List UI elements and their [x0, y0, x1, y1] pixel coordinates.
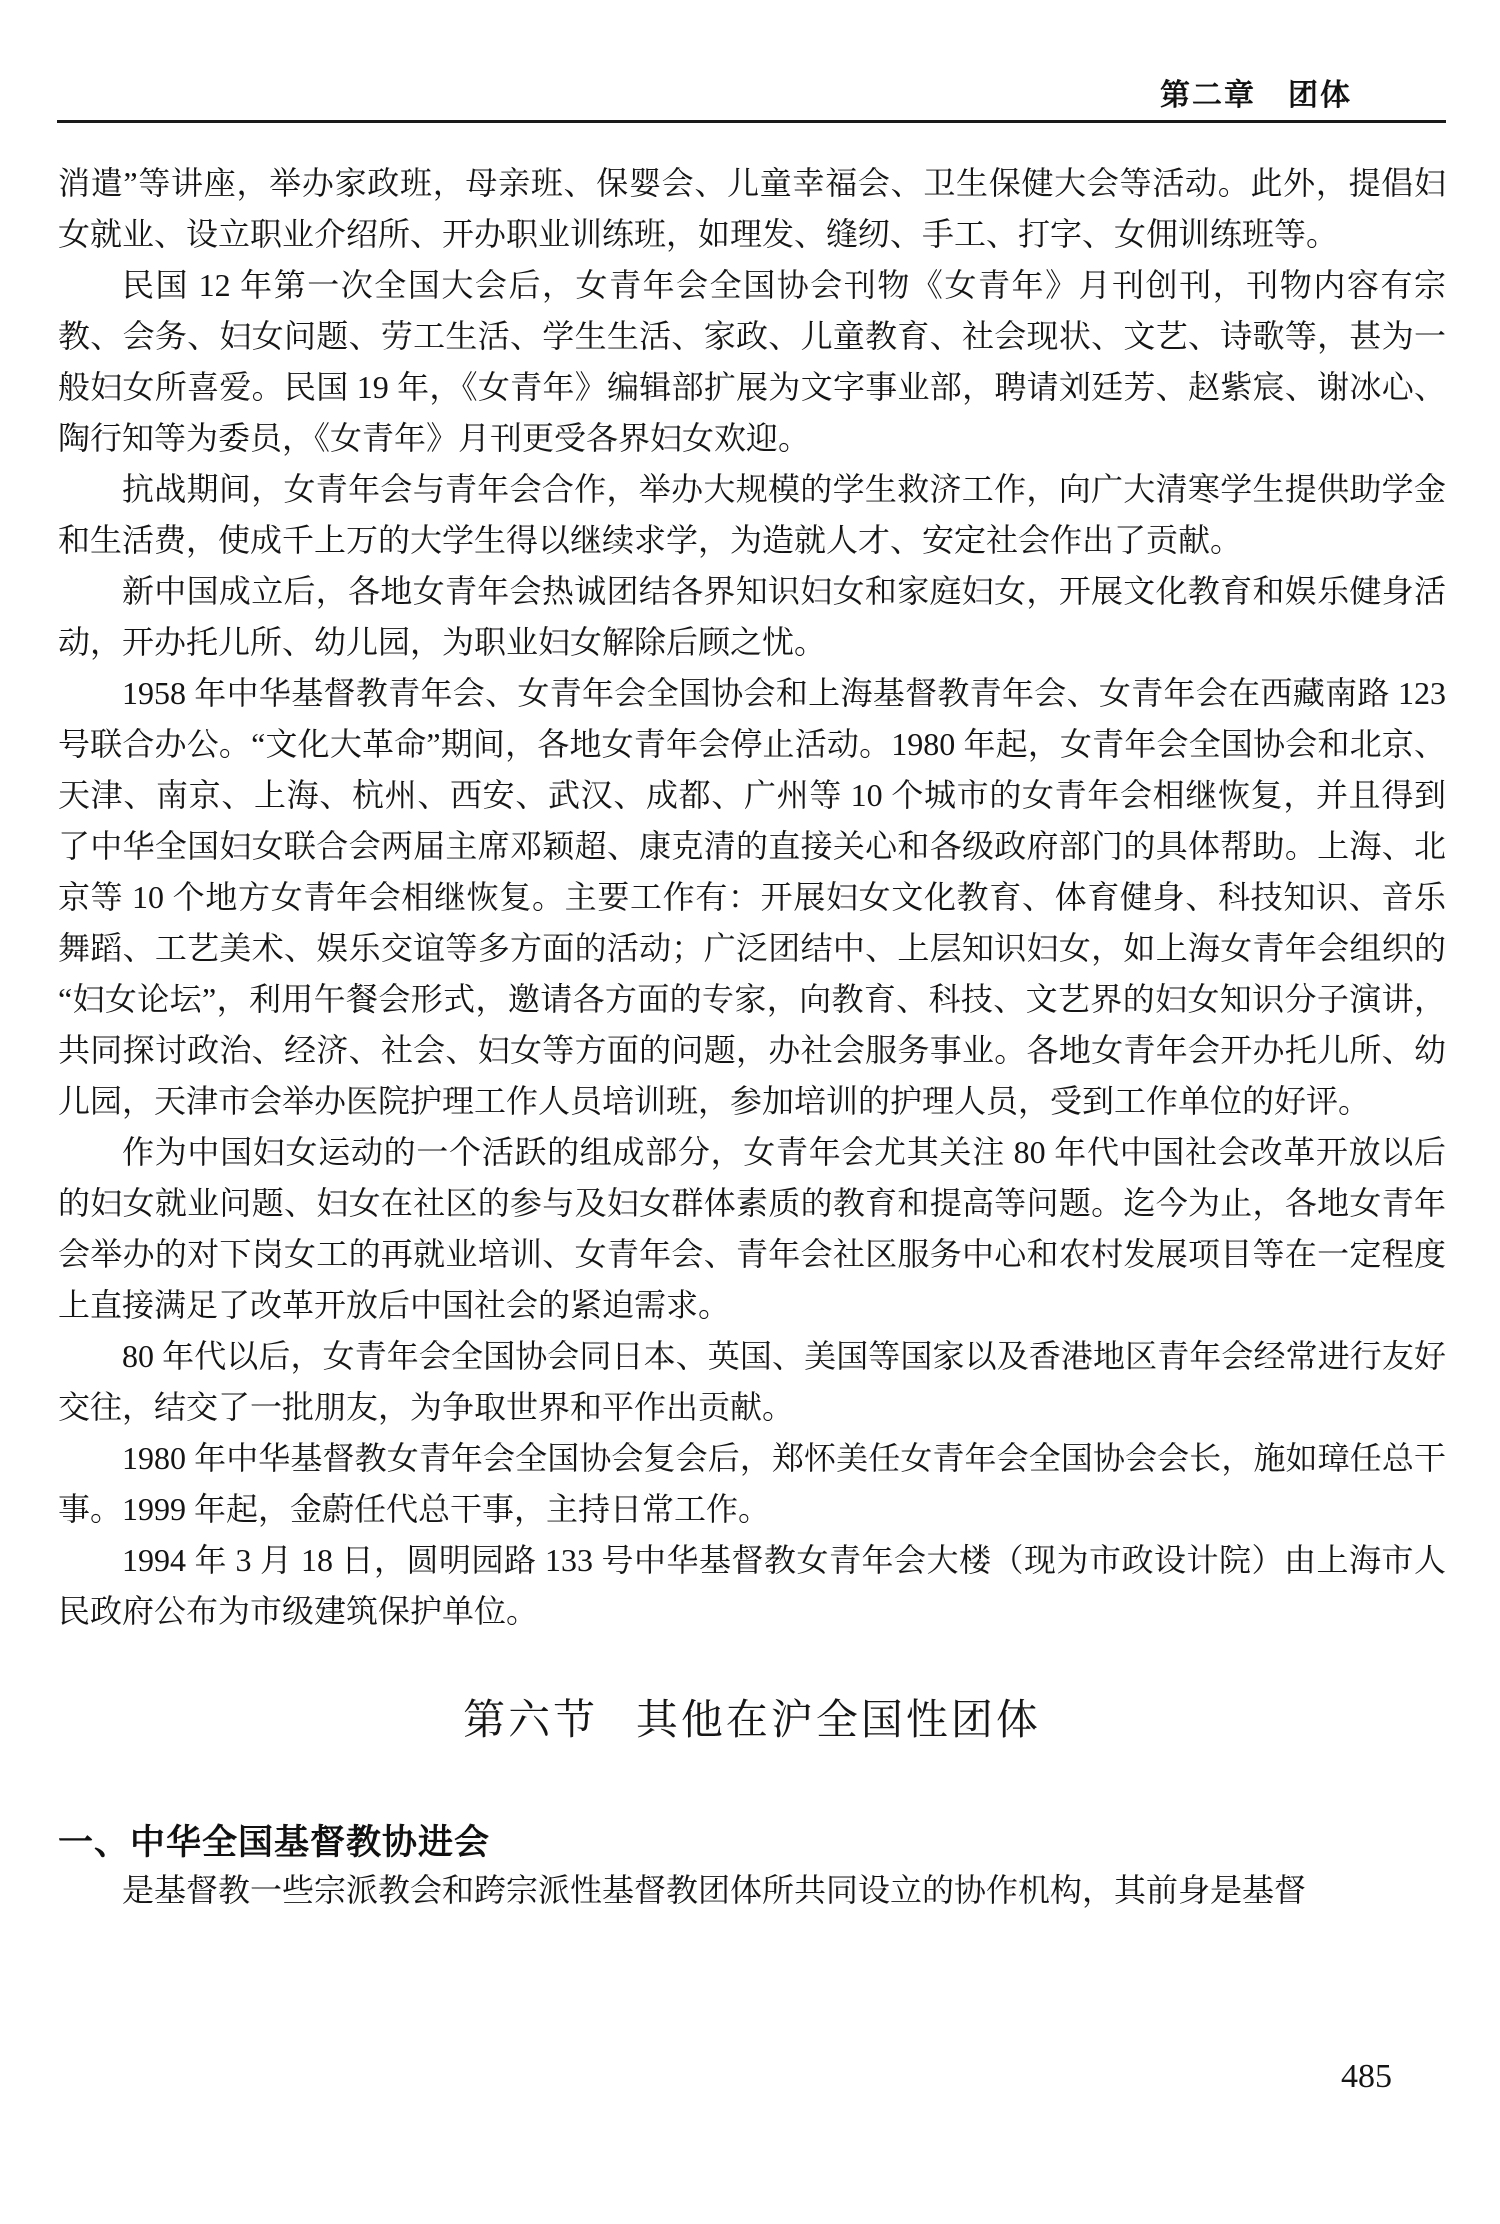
paragraph: 1980 年中华基督教女青年会全国协会复会后，郑怀美任女青年会全国协会会长，施如… [58, 1433, 1446, 1535]
paragraph: 1958 年中华基督教青年会、女青年会全国协会和上海基督教青年会、女青年会在西藏… [58, 668, 1446, 1127]
paragraph: 民国 12 年第一次全国大会后，女青年会全国协会刊物《女青年》月刊创刊，刊物内容… [58, 260, 1446, 464]
section-title-text: 其他在沪全国性团体 [636, 1698, 1041, 1744]
paragraph: 作为中国妇女运动的一个活跃的组成部分，女青年会尤其关注 80 年代中国社会改革开… [58, 1127, 1446, 1331]
paragraph: 80 年代以后，女青年会全国协会同日本、英国、美国等国家以及香港地区青年会经常进… [58, 1331, 1446, 1433]
section-number: 第六节 [463, 1698, 598, 1744]
running-head: 第二章 团体 [60, 70, 1352, 114]
header-rule [57, 120, 1446, 123]
section-title: 第六节其他在沪全国性团体 [58, 1693, 1446, 1749]
page-number: 485 [1341, 2058, 1392, 2096]
paragraph: 新中国成立后，各地女青年会热诚团结各界知识妇女和家庭妇女，开展文化教育和娱乐健身… [58, 566, 1446, 668]
subsection-title: 一、中华全国基督教协进会 [58, 1821, 1446, 1865]
body-text: 消遣”等讲座，举办家政班，母亲班、保婴会、儿童幸福会、卫生保健大会等活动。此外，… [58, 158, 1446, 1916]
paragraph: 抗战期间，女青年会与青年会合作，举办大规模的学生救济工作，向广大清寒学生提供助学… [58, 464, 1446, 566]
paragraph-continuation: 消遣”等讲座，举办家政班，母亲班、保婴会、儿童幸福会、卫生保健大会等活动。此外，… [58, 158, 1446, 260]
chapter-title: 第二章 团体 [1160, 79, 1352, 112]
subsection-paragraph: 是基督教一些宗派教会和跨宗派性基督教团体所共同设立的协作机构，其前身是基督 [58, 1865, 1446, 1916]
paragraph: 1994 年 3 月 18 日，圆明园路 133 号中华基督教女青年会大楼（现为… [58, 1535, 1446, 1637]
book-page: 第二章 团体 消遣”等讲座，举办家政班，母亲班、保婴会、儿童幸福会、卫生保健大会… [0, 0, 1500, 2224]
